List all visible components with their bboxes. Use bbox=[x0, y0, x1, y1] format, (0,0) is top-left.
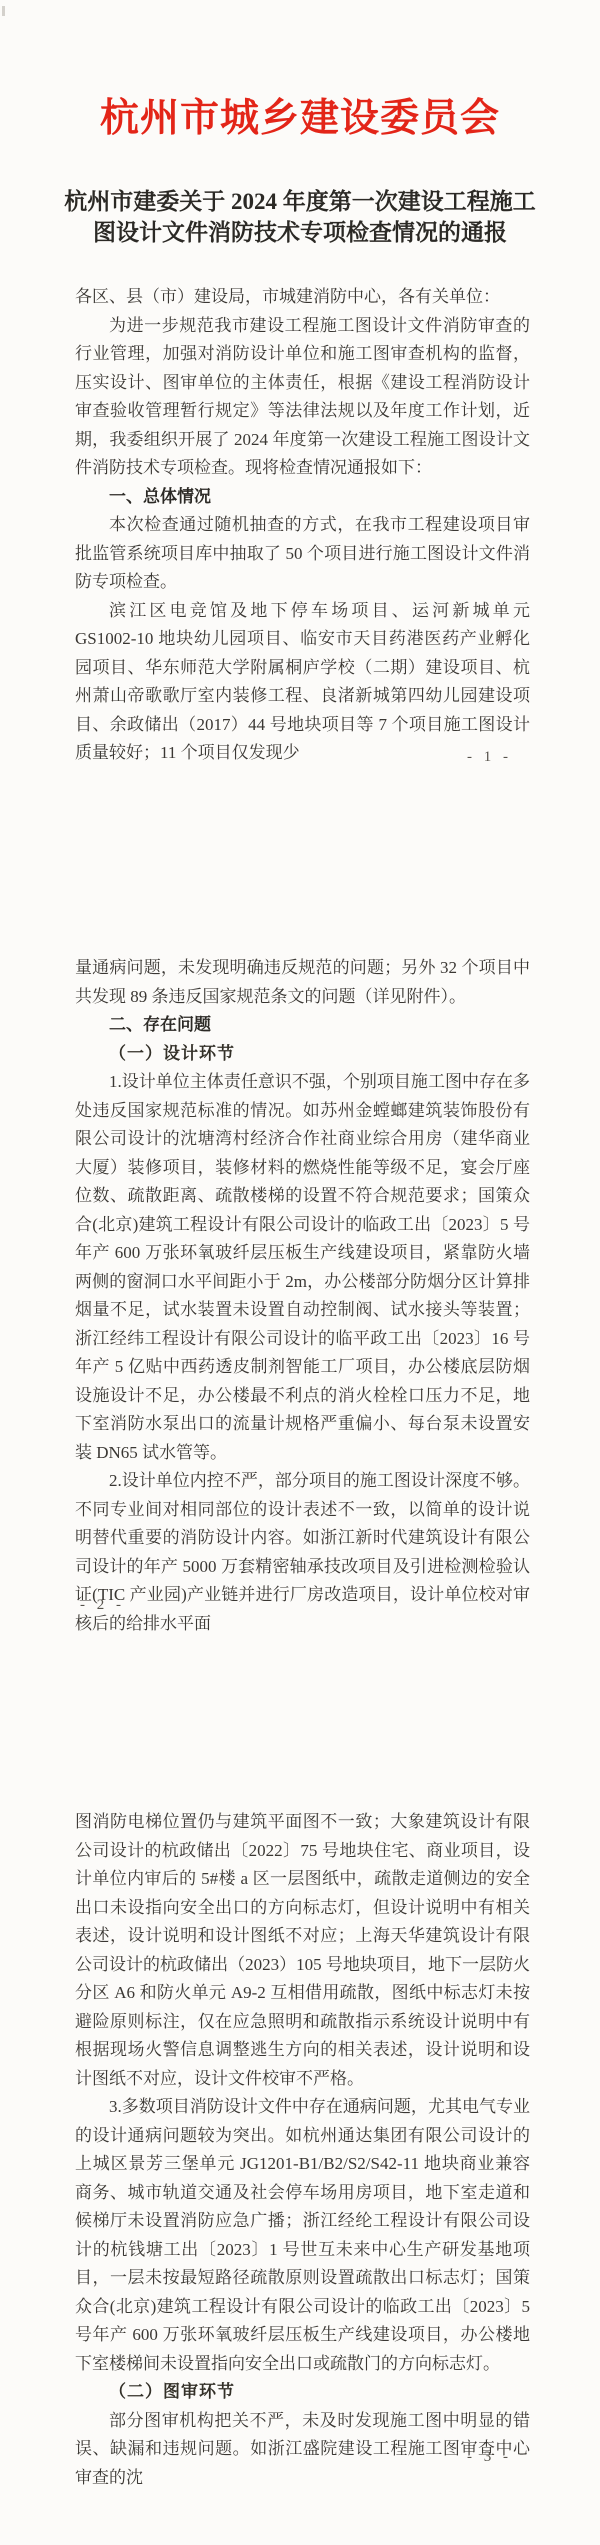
page-number-1: - 1 - bbox=[467, 747, 512, 767]
paragraph: 2.设计单位内控不严，部分项目的施工图设计深度不够。不同专业间对相同部位的设计表… bbox=[75, 1467, 530, 1638]
subsection-heading-review-stage: （二）图审环节 bbox=[75, 2378, 530, 2407]
document-title-line1: 杭州市建委关于 2024 年度第一次建设工程施工 bbox=[64, 189, 536, 214]
section-heading-overview: 一、总体情况 bbox=[75, 483, 530, 512]
salutation: 各区、县（市）建设局，市城建消防中心，各有关单位： bbox=[75, 283, 530, 312]
paragraph-continuation: 量通病问题，未发现明确违反规范的问题；另外 32 个项目中共发现 89 条违反国… bbox=[75, 954, 530, 1011]
letterhead-agency-name: 杭州市城乡建设委员会 bbox=[0, 96, 600, 142]
document-title: 杭州市建委关于 2024 年度第一次建设工程施工 图设计文件消防技术专项检查情况… bbox=[40, 186, 560, 248]
paragraph: 本次检查通过随机抽查的方式，在我市工程建设项目审批监管系统项目库中抽取了 50 … bbox=[75, 511, 530, 597]
paragraph: 滨江区电竞馆及地下停车场项目、运河新城单元 GS1002-10 地块幼儿园项目、… bbox=[75, 597, 530, 768]
scan-artifact bbox=[2, 6, 5, 16]
paragraph: 为进一步规范我市建设工程施工图设计文件消防审查的行业管理，加强对消防设计单位和施… bbox=[75, 312, 530, 483]
subsection-heading-design-stage: （一）设计环节 bbox=[75, 1040, 530, 1069]
document-title-line2: 图设计文件消防技术专项检查情况的通报 bbox=[93, 220, 507, 245]
scanned-document: 杭州市城乡建设委员会 杭州市建委关于 2024 年度第一次建设工程施工 图设计文… bbox=[0, 0, 600, 2545]
page-3-body: 图消防电梯位置仍与建筑平面图不一致；大象建筑设计有限公司设计的杭政储出〔2022… bbox=[75, 1808, 530, 2492]
paragraph: 3.多数项目消防设计文件中存在通病问题，尤其电气专业的设计通病问题较为突出。如杭… bbox=[75, 2093, 530, 2378]
section-heading-problems: 二、存在问题 bbox=[75, 1011, 530, 1040]
page-number-3: - 3 - bbox=[467, 2447, 512, 2467]
page-number-2: - 2 - bbox=[80, 1595, 125, 1615]
page-2-body: 量通病问题，未发现明确违反规范的问题；另外 32 个项目中共发现 89 条违反国… bbox=[75, 954, 530, 1638]
paragraph-continuation: 图消防电梯位置仍与建筑平面图不一致；大象建筑设计有限公司设计的杭政储出〔2022… bbox=[75, 1808, 530, 2093]
paragraph: 部分图审机构把关不严，未及时发现施工图中明显的错误、缺漏和违规问题。如浙江盛院建… bbox=[75, 2407, 530, 2493]
page-1-body: 各区、县（市）建设局，市城建消防中心，各有关单位： 为进一步规范我市建设工程施工… bbox=[75, 283, 530, 768]
paragraph: 1.设计单位主体责任意识不强，个别项目施工图中存在多处违反国家规范标准的情况。如… bbox=[75, 1068, 530, 1467]
